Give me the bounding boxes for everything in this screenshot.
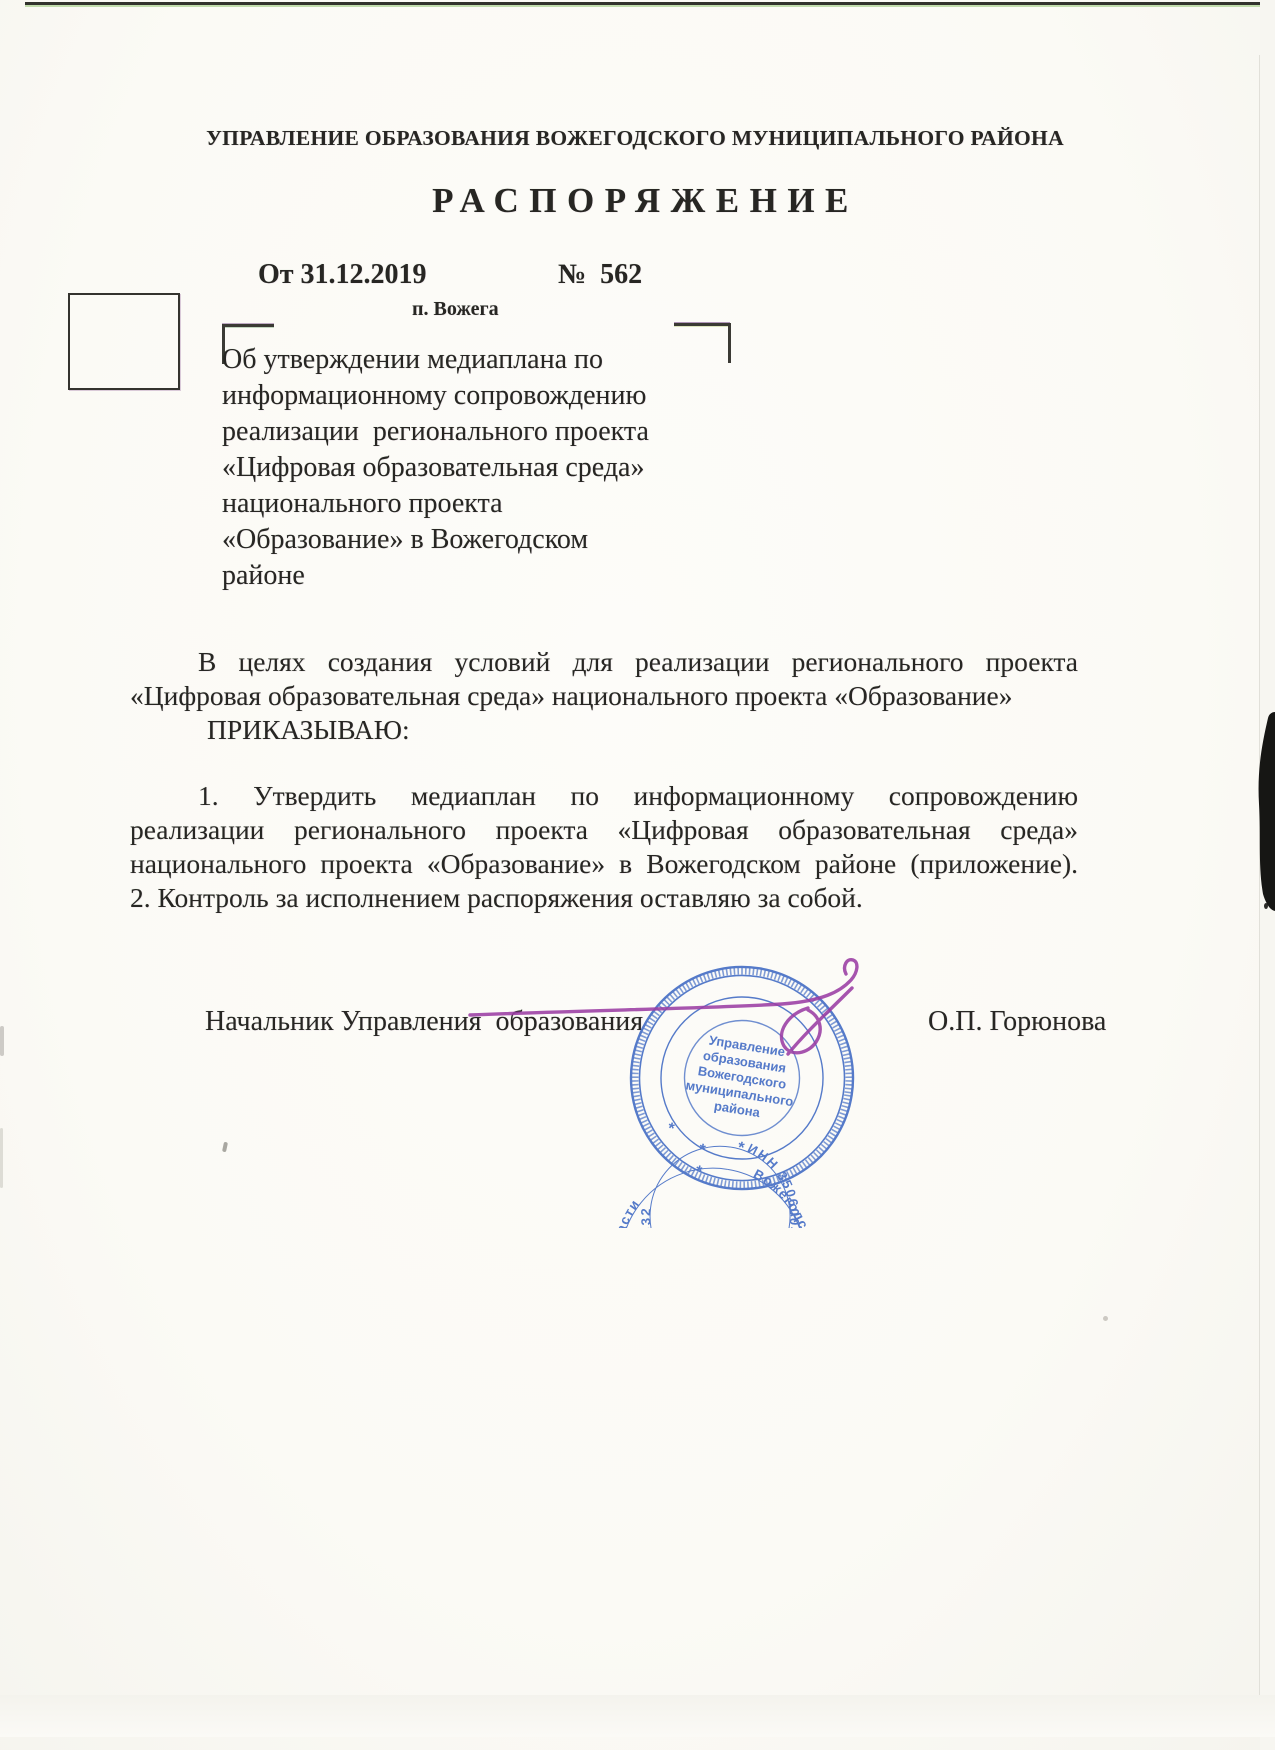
subject-line: «Цифровая образовательная среда»: [222, 450, 682, 486]
corner-mark-left: [222, 324, 274, 327]
scan-artifact-dot: [1103, 1316, 1108, 1321]
scan-artifact-mark: [222, 1142, 228, 1153]
body-line: В целях создания условий для реализации …: [130, 645, 1078, 679]
handwritten-signature: [430, 930, 890, 1080]
corner-mark-right: [728, 323, 731, 363]
scan-artifact-smudge: [0, 1128, 3, 1188]
doc-number: № 562: [558, 259, 642, 291]
registration-box: [68, 293, 180, 390]
stamp-inn-ogrn-text: ИНН 3506004402 · ОГРН 1023501484632: [626, 1125, 814, 1228]
body-line: национального проекта «Образование» в Во…: [130, 847, 1078, 881]
svg-text:ИНН 3506004402 · ОГРН 10235014: ИНН 3506004402 · ОГРН 1023501484632: [626, 1125, 814, 1228]
subject-block: Об утверждении медиаплана по информацион…: [222, 342, 682, 594]
scan-artifact-smudge: [0, 1026, 4, 1056]
subject-line: Об утверждении медиаплана по: [222, 342, 682, 378]
subject-line: «Образование» в Вожегодском: [222, 522, 682, 558]
subject-line: национального проекта: [222, 486, 682, 522]
subject-line: реализации регионального проекта: [222, 414, 682, 450]
scan-edge-line: [25, 2, 1275, 5]
scanned-document-page: УПРАВЛЕНИЕ ОБРАЗОВАНИЯ ВОЖЕГОДСКОГО МУНИ…: [0, 0, 1275, 1750]
doc-date: От 31.12.2019: [258, 259, 427, 291]
signature-name: О.П. Горюнова: [928, 1006, 1106, 1038]
corner-mark-right: [674, 323, 730, 326]
intro-paragraph: В целях создания условий для реализации …: [130, 645, 1078, 747]
org-header: УПРАВЛЕНИЕ ОБРАЗОВАНИЯ ВОЖЕГОДСКОГО МУНИ…: [0, 126, 1270, 151]
scan-artifact-blob: [1254, 712, 1275, 912]
body-line: реализации регионального проекта «Цифров…: [130, 813, 1078, 847]
scan-bottom-shade: [0, 1695, 1275, 1737]
items-paragraph: 1. Утвердить медиаплан по информационном…: [130, 779, 1078, 915]
doc-type-title: РАСПОРЯЖЕНИЕ: [0, 181, 1275, 221]
order-word: ПРИКАЗЫВАЮ:: [130, 713, 1078, 747]
body-line: 2. Контроль за исполнением распоряжения …: [130, 881, 1078, 915]
body-line: 1. Утвердить медиаплан по информационном…: [130, 779, 1078, 813]
body-line: «Цифровая образовательная среда» национа…: [130, 679, 1078, 713]
subject-line: районе: [222, 558, 682, 594]
subject-line: информационному сопровождению: [222, 378, 682, 414]
stamp-star: *: [667, 1120, 677, 1138]
stamp-star: *: [737, 1139, 747, 1157]
doc-place: п. Вожега: [412, 298, 499, 321]
